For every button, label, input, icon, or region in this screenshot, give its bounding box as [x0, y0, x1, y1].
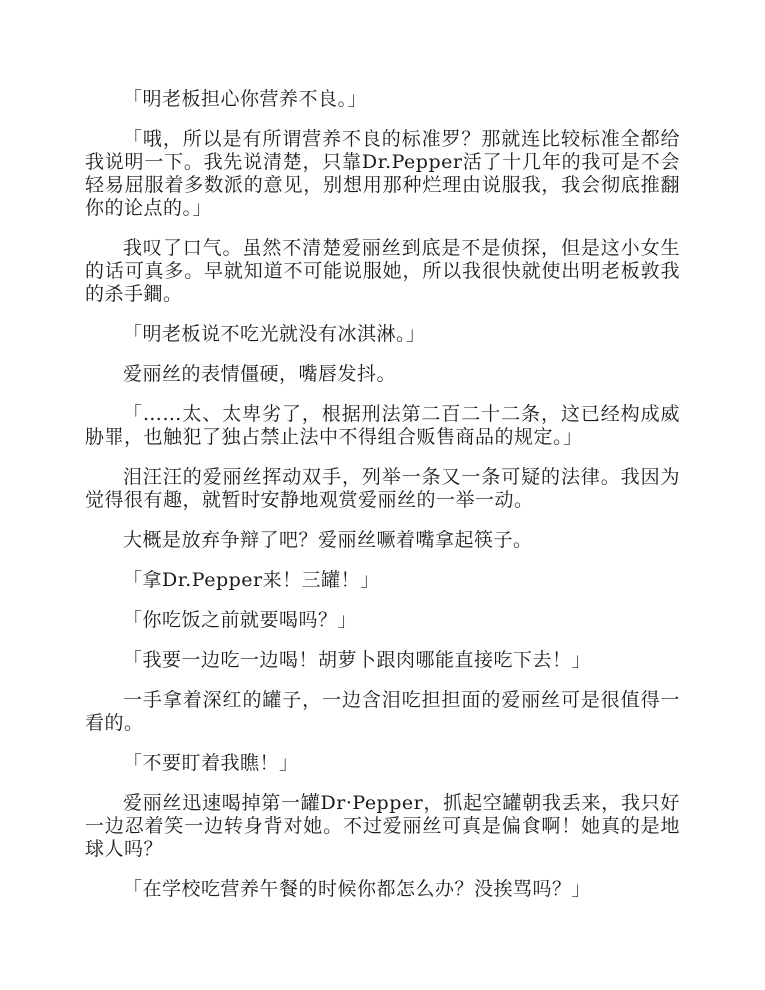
- text-column: 「明老板担心你营养不良。」 「哦，所以是有所谓营养不良的标准罗？那就连比较标准全…: [85, 88, 680, 901]
- paragraph: 「不要盯着我瞧！」: [85, 752, 680, 775]
- paragraph: 「明老板说不吃光就没有冰淇淋。」: [85, 323, 680, 346]
- paragraph: 大概是放弃争辩了吧？爱丽丝噘着嘴拿起筷子。: [85, 529, 680, 552]
- paragraph: 「哦，所以是有所谓营养不良的标准罗？那就连比较标准全都给我说明一下。我先说清楚，…: [85, 128, 680, 220]
- paragraph: 「明老板担心你营养不良。」: [85, 88, 680, 111]
- paragraph: 「你吃饭之前就要喝吗？」: [85, 609, 680, 632]
- paragraph: 爱丽丝的表情僵硬，嘴唇发抖。: [85, 363, 680, 386]
- paragraph: 「拿Dr.Pepper来！三罐！」: [85, 569, 680, 592]
- paragraph: 爱丽丝迅速喝掉第一罐Dr·Pepper，抓起空罐朝我丢来，我只好一边忍着笑一边转…: [85, 792, 680, 861]
- paragraph: 我叹了口气。虽然不清楚爱丽丝到底是不是侦探，但是这小女生的话可真多。早就知道不可…: [85, 237, 680, 306]
- paragraph: 「在学校吃营养午餐的时候你都怎么办？没挨骂吗？」: [85, 878, 680, 901]
- book-page: 「明老板担心你营养不良。」 「哦，所以是有所谓营养不良的标准罗？那就连比较标准全…: [0, 0, 765, 990]
- paragraph: 泪汪汪的爱丽丝挥动双手，列举一条又一条可疑的法律。我因为觉得很有趣，就暂时安静地…: [85, 466, 680, 512]
- paragraph: 一手拿着深红的罐子，一边含泪吃担担面的爱丽丝可是很值得一看的。: [85, 689, 680, 735]
- paragraph: 「我要一边吃一边喝！胡萝卜跟肉哪能直接吃下去！」: [85, 649, 680, 672]
- paragraph: 「……太、太卑劣了，根据刑法第二百二十二条，这已经构成威胁罪，也触犯了独占禁止法…: [85, 403, 680, 449]
